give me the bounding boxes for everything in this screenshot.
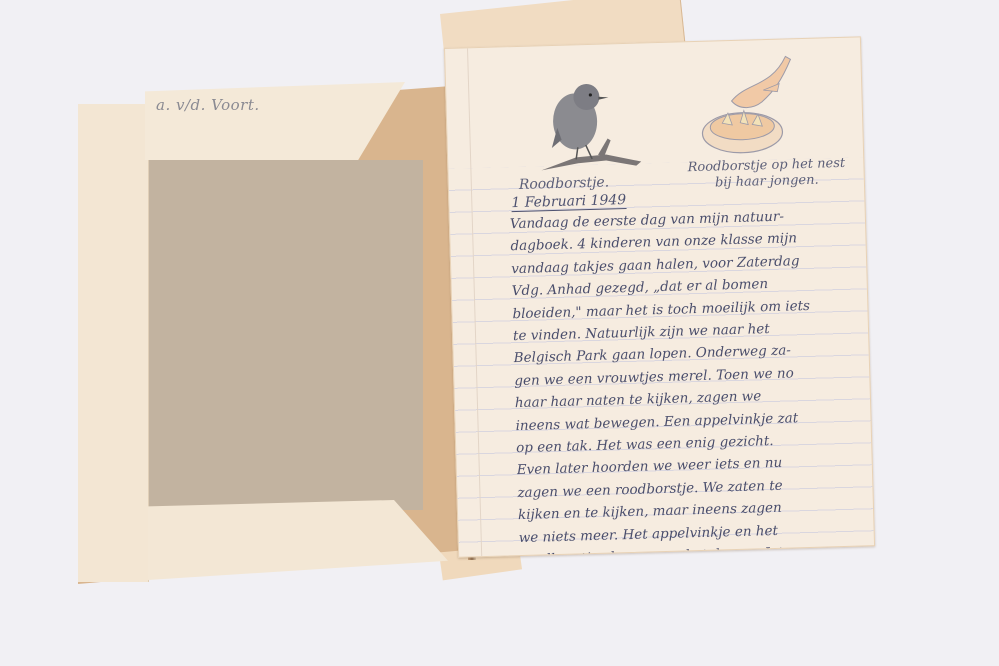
photo-scene: a. v/d. Voort. Roodborstje. Roodborstje … <box>0 0 999 666</box>
owner-name: a. v/d. Voort. <box>156 96 260 114</box>
left-cover-panel <box>148 160 423 510</box>
entry-date: 1 Februari 1949 <box>511 192 626 212</box>
left-cover-margin-strip <box>78 104 149 582</box>
right-notebook-page: Roodborstje. Roodborstje op het nest bij… <box>444 36 875 557</box>
robin-illustration-icon <box>534 75 647 178</box>
diary-entry-text: Vandaag de eerste dag van mijn natuur- d… <box>510 204 866 558</box>
left-cover-bottom-flap <box>148 500 448 580</box>
nest-illustration-icon <box>690 51 803 164</box>
nest-caption: Roodborstje op het nest bij haar jongen. <box>676 156 857 193</box>
robin-caption: Roodborstje. <box>519 174 610 193</box>
